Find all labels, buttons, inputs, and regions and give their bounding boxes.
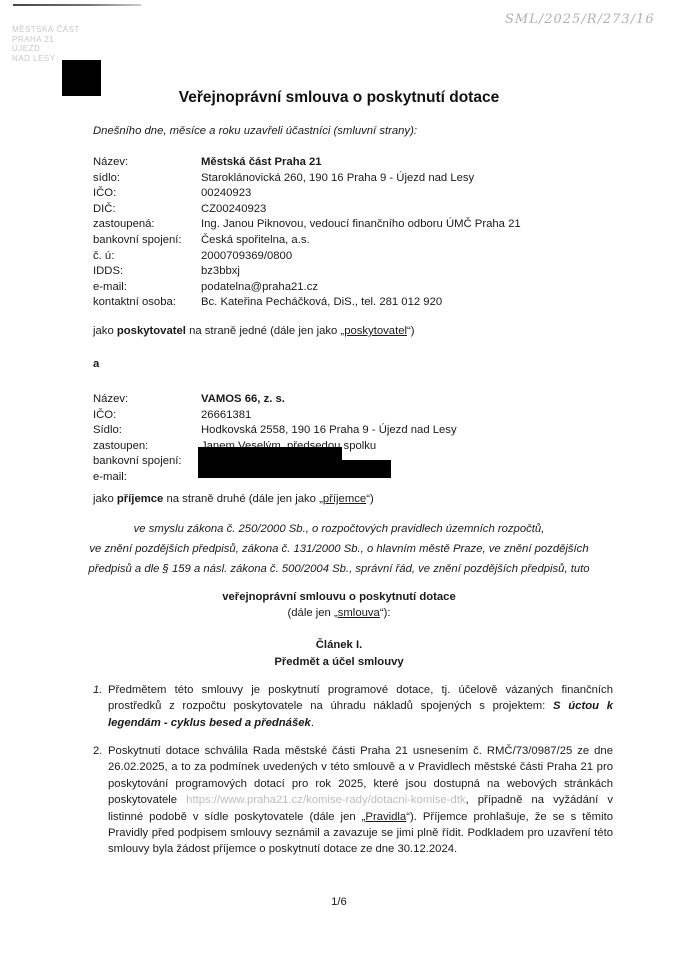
text: “) [366,493,374,505]
article-title: Předmět a účel smlouvy [0,654,678,671]
field-value: Staroklánovická 260, 190 16 Praha 9 - Új… [201,171,474,187]
list-item: 1. Předmětem této smlouvy je poskytnutí … [93,682,613,731]
field-value: Česká spořitelna, a.s. [201,233,310,249]
role-alias: poskytovatel [344,325,407,337]
contract-alias: smlouva [338,607,380,619]
redaction-email [198,460,391,478]
text: “): [380,607,391,619]
field-label: č. ú: [93,249,201,265]
stamp-line: ÚJEZD [12,44,102,54]
redaction-bank-account [198,447,342,461]
field-value: bz3bbxj [201,264,240,280]
role-alias: příjemce [323,493,366,505]
role-term: příjemce [117,493,163,505]
provider-row-representative: zastoupená: Ing. Janou Piknovou, vedoucí… [93,217,521,233]
item-number: 2. [93,743,102,759]
field-label: e-mail: [93,280,201,296]
provider-row-contact: kontaktní osoba: Bc. Kateřina Pecháčková… [93,295,521,311]
rules-url-link[interactable]: https://www.praha21.cz/komise-rady/dotac… [186,794,465,806]
rules-alias: Pravidla [365,811,406,823]
stamp-line: MĚSTSKÁ ČÁST [12,25,102,35]
recipient-row-seat: Sídlo: Hodkovská 2558, 190 16 Praha 9 - … [93,423,457,439]
field-value: 2000709369/0800 [201,249,292,265]
contract-name-alias-line: (dále jen „smlouva“): [0,605,678,621]
recipient-role-line: jako příjemce na straně druhé (dále jen … [93,493,374,505]
field-value: Bc. Kateřina Pecháčková, DiS., tel. 281 … [201,295,442,311]
field-label: DIČ: [93,202,201,218]
provider-row-bank: bankovní spojení: Česká spořitelna, a.s. [93,233,521,249]
field-value: CZ00240923 [201,202,266,218]
field-label: kontaktní osoba: [93,295,201,311]
field-label: bankovní spojení: [93,454,201,470]
item-body: Předmětem této smlouvy je poskytnutí pro… [108,682,613,731]
item-body: Poskytnutí dotace schválila Rada městské… [108,743,613,858]
field-value: Hodkovská 2558, 190 16 Praha 9 - Újezd n… [201,423,457,439]
field-label: zastoupená: [93,217,201,233]
legal-basis-line: předpisů a dle § 159 a násl. zákona č. 5… [0,559,678,579]
text: “) [407,325,415,337]
item-number: 1. [93,682,102,698]
text: na straně jedné (dále jen jako „ [186,325,344,337]
provider-role-line: jako poskytovatel na straně jedné (dále … [93,325,415,337]
field-label: sídlo: [93,171,201,187]
contract-name-title: veřejnoprávní smlouvu o poskytnutí dotac… [0,589,678,605]
provider-row-email: e-mail: podatelna@praha21.cz [93,280,521,296]
field-value: 26661381 [201,408,251,424]
field-label: Sídlo: [93,423,201,439]
recipient-row-name: Název: VAMOS 66, z. s. [93,392,457,408]
top-rule [13,4,141,6]
field-label: IDDS: [93,264,201,280]
page-number: 1/6 [0,896,678,908]
provider-row-dic: DIČ: CZ00240923 [93,202,521,218]
stamp-line: PRAHA 21 [12,35,102,45]
contract-name: veřejnoprávní smlouvu o poskytnutí dotac… [0,589,678,621]
field-label: Název: [93,392,201,408]
conjunction: a [93,358,99,370]
field-label: e-mail: [93,470,201,486]
field-label: zastoupen: [93,439,201,455]
legal-basis-line: ve smyslu zákona č. 250/2000 Sb., o rozp… [0,519,678,539]
handwritten-reference: SML/2025/R/273/16 [505,12,655,27]
text: (dále jen „ [288,607,338,619]
legal-basis: ve smyslu zákona č. 250/2000 Sb., o rozp… [0,519,678,579]
field-label: IČO: [93,186,201,202]
provider-row-ico: IČO: 00240923 [93,186,521,202]
text: jako [93,325,117,337]
recipient-row-ico: IČO: 26661381 [93,408,457,424]
field-value: podatelna@praha21.cz [201,280,318,296]
text: Předmětem této smlouvy je poskytnutí pro… [108,684,613,712]
text: na straně druhé (dále jen jako „ [163,493,323,505]
provider-row-seat: sídlo: Staroklánovická 260, 190 16 Praha… [93,171,521,187]
text: jako [93,493,117,505]
field-label: IČO: [93,408,201,424]
provider-row-name: Název: Městská část Praha 21 [93,155,521,171]
article-heading: Článek I. Předmět a účel smlouvy [0,637,678,671]
field-value: VAMOS 66, z. s. [201,392,285,408]
provider-row-account: č. ú: 2000709369/0800 [93,249,521,265]
article-number: Článek I. [0,637,678,654]
document-title: Veřejnoprávní smlouva o poskytnutí dotac… [0,89,678,107]
field-value: Ing. Janou Piknovou, vedoucí finančního … [201,217,521,233]
provider-details: Název: Městská část Praha 21 sídlo: Star… [93,155,521,311]
field-value: Městská část Praha 21 [201,155,322,171]
field-label: bankovní spojení: [93,233,201,249]
field-label: Název: [93,155,201,171]
intro-text: Dnešního dne, měsíce a roku uzavřeli úča… [93,125,417,137]
field-value: 00240923 [201,186,251,202]
list-item: 2. Poskytnutí dotace schválila Rada měst… [93,743,613,858]
text: . [311,717,314,729]
legal-basis-line: ve znění pozdějších předpisů, zákona č. … [0,539,678,559]
registry-stamp: MĚSTSKÁ ČÁST PRAHA 21 ÚJEZD NAD LESY [12,25,102,63]
role-term: poskytovatel [117,325,186,337]
provider-row-idds: IDDS: bz3bbxj [93,264,521,280]
